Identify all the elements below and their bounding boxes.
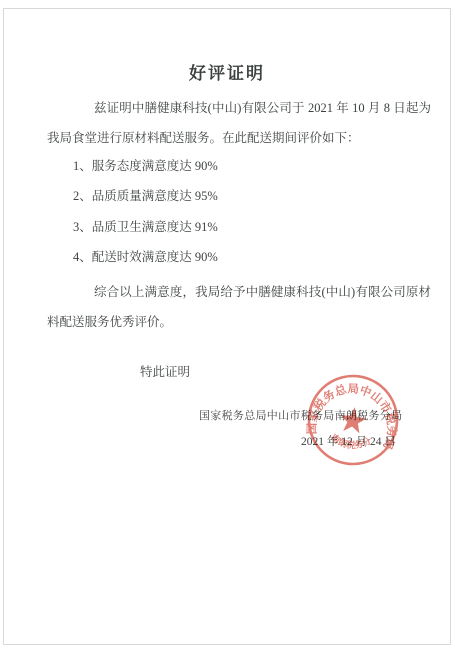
rating-item-delivery-time: 4、配送时效满意度达 90%: [73, 242, 218, 272]
rating-list: 1、服务态度满意度达 90% 2、品质质量满意度达 95% 3、品质卫生满意度达…: [73, 151, 218, 273]
certificate-page: 好评证明 兹证明中膳健康科技(中山)有限公司于 2021 年 10 月 8 日起…: [3, 8, 451, 645]
issue-date: 2021 年 12 月 24 日: [301, 433, 396, 449]
rating-item-quality: 2、品质质量满意度达 95%: [73, 181, 218, 211]
document-title: 好评证明: [4, 59, 450, 84]
closing-statement: 特此证明: [140, 362, 190, 380]
conclusion-paragraph: 综合以上满意度，我局给予中膳健康科技(中山)有限公司原材料配送服务优秀评价。: [47, 277, 431, 337]
rating-item-service: 1、服务态度满意度达 90%: [73, 151, 218, 181]
rating-item-hygiene: 3、品质卫生满意度达 91%: [73, 212, 218, 242]
intro-paragraph: 兹证明中膳健康科技(中山)有限公司于 2021 年 10 月 8 日起为我局食堂…: [47, 93, 431, 153]
issuer-name: 国家税务总局中山市税务局南朗税务分局: [199, 407, 402, 423]
